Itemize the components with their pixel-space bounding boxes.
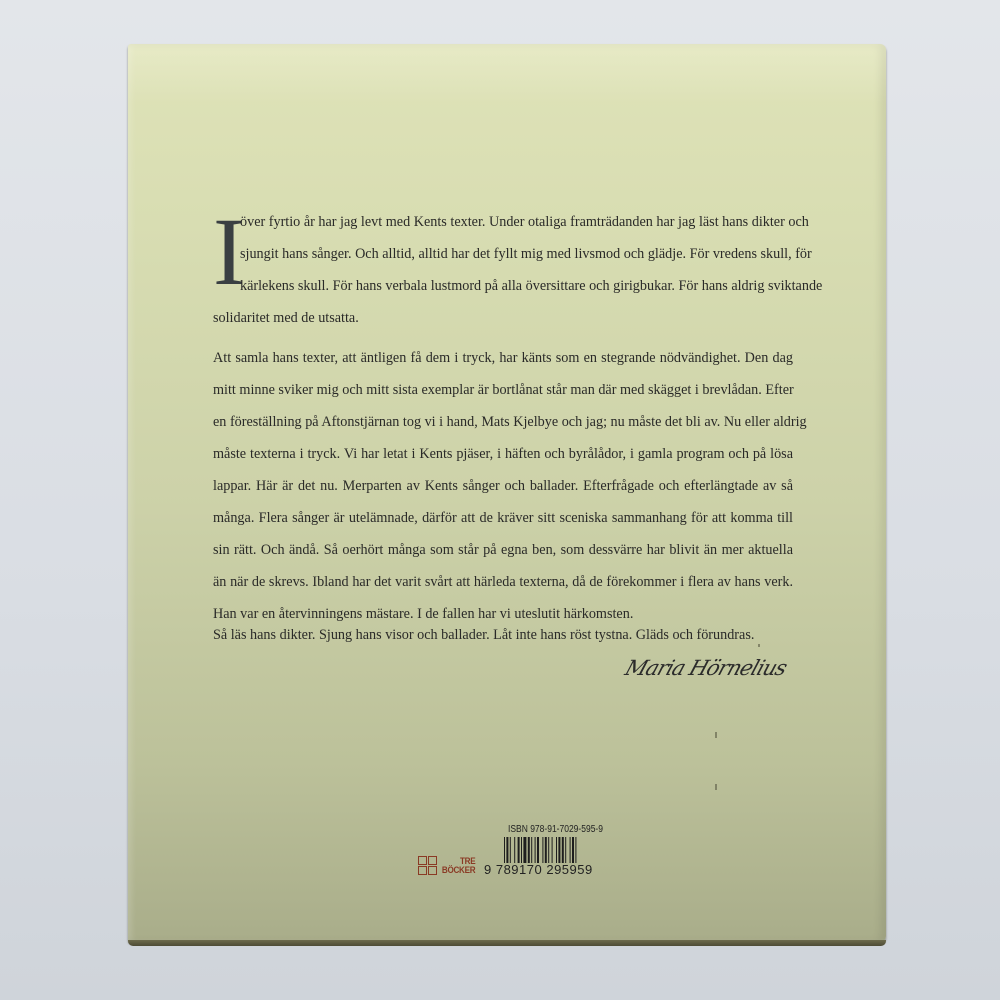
paragraph-1: över fyrtio år har jag levt med Kents te…: [213, 206, 793, 334]
speck: [758, 644, 760, 647]
text-line: lappar. Här är det nu. Merparten av Kent…: [213, 470, 793, 502]
paragraph-3: Så läs hans dikter. Sjung hans visor och…: [213, 619, 793, 651]
barcode-number: 9 789170 295959: [484, 862, 593, 877]
book-bottom-edge: [128, 940, 886, 946]
text-line: en föreställning på Aftonstjärnan tog vi…: [213, 406, 793, 438]
speck: [715, 732, 717, 738]
barcode-icon: [504, 837, 600, 863]
book-back-cover: I över fyrtio år har jag levt med Kents …: [128, 44, 886, 942]
speck: [715, 784, 717, 790]
text-line: sjungit hans sånger. Och alltid, alltid …: [213, 238, 793, 270]
publisher-name: TRE BÖCKER: [442, 857, 475, 875]
text-line: än när de skrevs. Ibland har det varit s…: [213, 566, 793, 598]
publisher-logo-icon: [418, 856, 437, 875]
text-line: sin rätt. Och ändå. Så oerhört många som…: [213, 534, 793, 566]
text-line: kärlekens skull. För hans verbala lustmo…: [213, 270, 793, 302]
isbn-label: ISBN 978-91-7029-595-9: [508, 824, 603, 835]
text-line: Så läs hans dikter. Sjung hans visor och…: [213, 619, 793, 651]
publisher-logo: TRE BÖCKER: [418, 856, 477, 875]
text-line: måste texterna i tryck. Vi har letat i K…: [213, 438, 793, 470]
text-line: Att samla hans texter, att äntligen få d…: [213, 342, 793, 374]
text-line: över fyrtio år har jag levt med Kents te…: [213, 206, 793, 238]
text-line: mitt minne sviker mig och mitt sista exe…: [213, 374, 793, 406]
text-line: solidaritet med de utsatta.: [213, 302, 793, 334]
paragraph-2: Att samla hans texter, att äntligen få d…: [213, 342, 793, 630]
text-line: många. Flera sånger är utelämnade, därfö…: [213, 502, 793, 534]
signature: Maria Hörnelius: [622, 656, 789, 680]
